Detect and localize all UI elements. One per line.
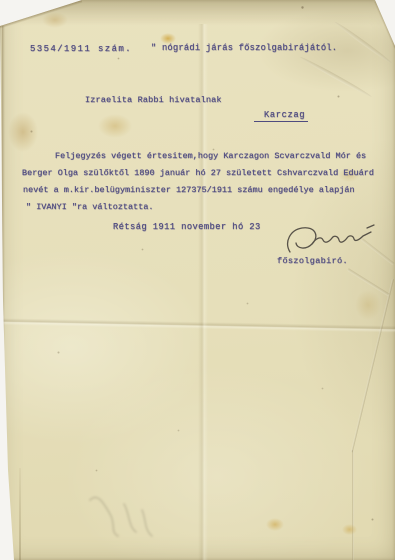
top-left-torn-edge [0, 0, 82, 29]
body-text-line-3: nevét a m.kir.belügyminiszter 127375/191… [23, 185, 355, 195]
body-text-line-4: " IVANYI "ra változtatta. [26, 202, 154, 212]
right-diagonal-crease [351, 279, 394, 453]
stain-bottom-2 [342, 524, 357, 535]
left-paper-edge [2, 26, 5, 560]
addressee-line: Izraelita Rabbi hivatalnak [85, 95, 222, 105]
stain-top-left [42, 12, 68, 28]
top-right-crumple-2 [334, 20, 393, 64]
top-right-torn-edge [374, 1, 395, 49]
right-vertical-crease [352, 450, 354, 560]
body-text-line-1: Feljegyzés végett értesitem,hogy Karczag… [55, 151, 366, 161]
aged-paper-sheet: 5354/1911 szám. " nógrádi járás főszolga… [0, 0, 395, 560]
stain-bottom-1 [266, 518, 284, 531]
reference-number: 5354/1911 szám. [30, 44, 132, 54]
stain-left-edge [8, 112, 38, 152]
stain-faint-1 [98, 114, 132, 138]
foxing-speckles [0, 0, 1, 1]
photo-stage: 5354/1911 szám. " nógrádi járás főszolga… [0, 0, 395, 560]
right-crumple [347, 268, 389, 296]
stain-right [355, 290, 381, 320]
ghost-ink-bleedthrough [84, 486, 169, 546]
left-bottom-crease [19, 468, 21, 560]
body-text-line-2: Berger Olga szülőktől 1890 január hó 27 … [22, 168, 374, 178]
top-right-crumple [299, 55, 373, 98]
addressee-city-underlined: Karczag [254, 110, 308, 122]
date-place-line: Rétság 1911 november hó 23 [113, 222, 261, 232]
horizontal-fold-crease [0, 318, 395, 333]
signer-title: főszolgabiró. [277, 256, 348, 266]
issuing-office-line: " nógrádi járás főszolgabirájától. [151, 43, 337, 53]
